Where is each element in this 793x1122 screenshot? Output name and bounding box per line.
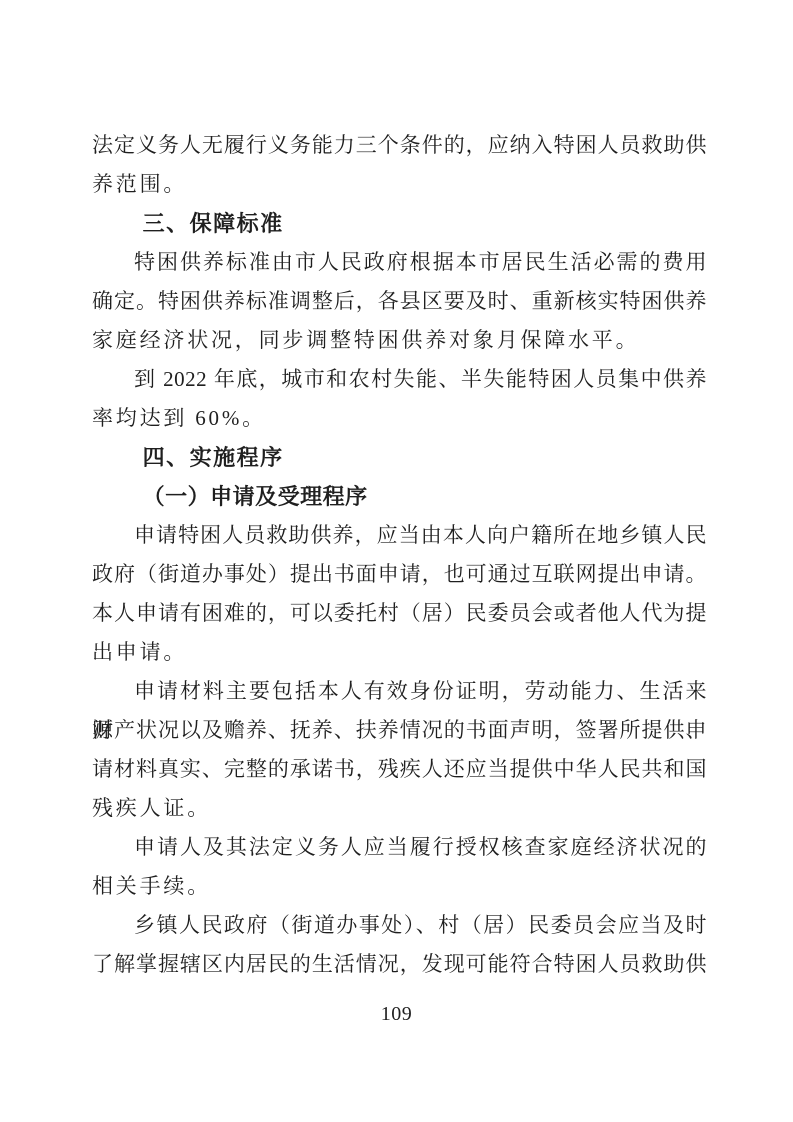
body-text-line: 申请特困人员救助供养，应当由本人向户籍所在地乡镇人民 [92, 516, 707, 555]
section-heading: 三、保障标准 [92, 204, 707, 243]
body-text-line: 确定。特困供养标准调整后，各县区要及时、重新核实特困供养 [92, 282, 707, 321]
body-text-line: 申请人及其法定义务人应当履行授权核查家庭经济状况的 [92, 828, 707, 867]
body-text-line: 法定义务人无履行义务能力三个条件的，应纳入特困人员救助供 [92, 126, 707, 165]
body-text-line: 到 2022 年底，城市和农村失能、半失能特困人员集中供养 [92, 360, 707, 399]
page-number: 109 [0, 1003, 793, 1026]
body-text-line: 本人申请有困难的，可以委托村（居）民委员会或者他人代为提 [92, 594, 707, 633]
body-text-line: 特困供养标准由市人民政府根据本市居民生活必需的费用 [92, 243, 707, 282]
body-text-line: 了解掌握辖区内居民的生活情况，发现可能符合特困人员救助供 [92, 945, 707, 984]
body-text-line: 出申请。 [92, 633, 707, 672]
body-text-line: 政府（街道办事处）提出书面申请，也可通过互联网提出申请。 [92, 555, 707, 594]
body-text-line: 乡镇人民政府（街道办事处）、村（居）民委员会应当及时 [92, 906, 707, 945]
body-text-line: 率均达到 60%。 [92, 399, 707, 438]
section-heading: 四、实施程序 [92, 438, 707, 477]
page-body-text: 法定义务人无履行义务能力三个条件的，应纳入特困人员救助供 养范围。 三、保障标准… [92, 126, 707, 984]
body-text-line: 家庭经济状况，同步调整特困供养对象月保障水平。 [92, 321, 707, 360]
body-text-line: 养范围。 [92, 165, 707, 204]
body-text-line: 财产状况以及赡养、抚养、扶养情况的书面声明，签署所提供申 [92, 711, 707, 750]
body-text-line: 请材料真实、完整的承诺书，残疾人还应当提供中华人民共和国 [92, 750, 707, 789]
document-page: 法定义务人无履行义务能力三个条件的，应纳入特困人员救助供 养范围。 三、保障标准… [0, 0, 793, 1122]
body-text-line: 申请材料主要包括本人有效身份证明，劳动能力、生活来源、 [92, 672, 707, 711]
body-text-line: 残疾人证。 [92, 789, 707, 828]
subsection-heading: （一）申请及受理程序 [92, 477, 707, 516]
body-text-line: 相关手续。 [92, 867, 707, 906]
